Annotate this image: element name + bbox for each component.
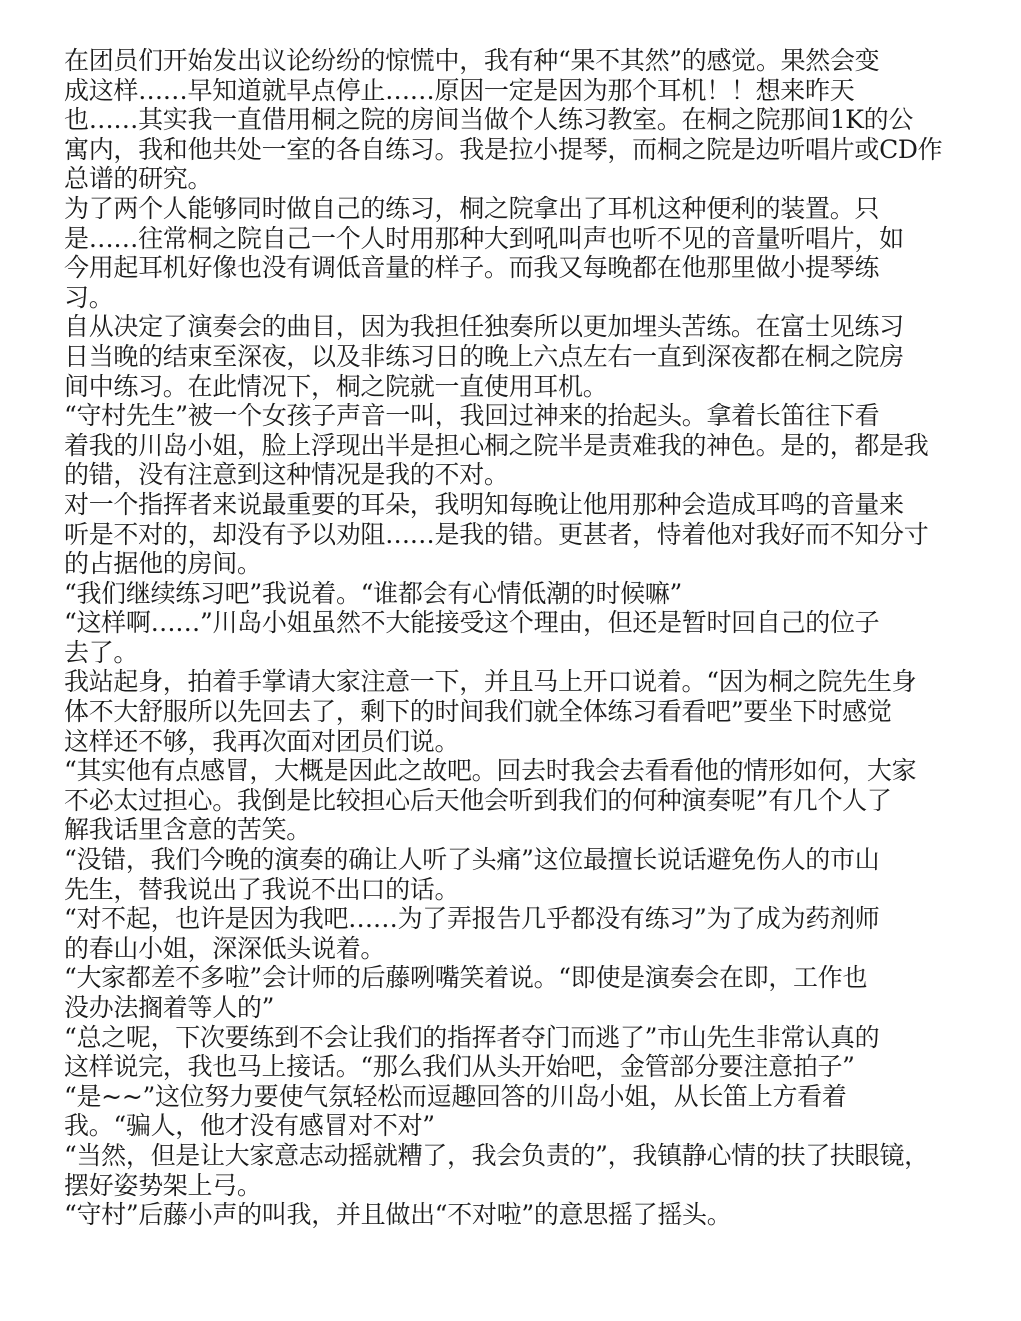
text-line: 的春山小姐，深深低头说着。 bbox=[64, 934, 964, 964]
text-line: 去了。 bbox=[64, 638, 964, 668]
text-line: 这样还不够，我再次面对团员们说。 bbox=[64, 727, 964, 757]
text-line: 的占据他的房间。 bbox=[64, 549, 964, 579]
text-line: “守村”后藤小声的叫我，并且做出“不对啦”的意思摇了摇头。 bbox=[64, 1200, 964, 1230]
text-line: 成这样……早知道就早点停止……原因一定是因为那个耳机！！想来昨天 bbox=[64, 76, 964, 106]
text-line: “我们继续练习吧”我说着。“谁都会有心情低潮的时候嘛” bbox=[64, 579, 964, 609]
text-line: 自从决定了演奏会的曲目，因为我担任独奏所以更加埋头苦练。在富士见练习 bbox=[64, 312, 964, 342]
text-line: 的错，没有注意到这种情况是我的不对。 bbox=[64, 460, 964, 490]
text-line: 对一个指挥者来说最重要的耳朵，我明知每晚让他用那种会造成耳鸣的音量来 bbox=[64, 490, 964, 520]
text-line: “大家都差不多啦”会计师的后藤咧嘴笑着说。“即使是演奏会在即，工作也 bbox=[64, 963, 964, 993]
text-line: “是~~”这位努力要使气氛轻松而逗趣回答的川岛小姐，从长笛上方看着 bbox=[64, 1082, 964, 1112]
text-line: “对不起，也许是因为我吧……为了弄报告几乎都没有练习”为了成为药剂师 bbox=[64, 904, 964, 934]
text-line: 听是不对的，却没有予以劝阻……是我的错。更甚者，恃着他对我好而不知分寸 bbox=[64, 520, 964, 550]
text-line: 我站起身，拍着手掌请大家注意一下，并且马上开口说着。“因为桐之院先生身 bbox=[64, 667, 964, 697]
text-line: “其实他有点感冒，大概是因此之故吧。回去时我会去看看他的情形如何，大家 bbox=[64, 756, 964, 786]
text-line: 为了两个人能够同时做自己的练习，桐之院拿出了耳机这种便利的装置。只 bbox=[64, 194, 964, 224]
text-line: “当然，但是让大家意志动摇就糟了，我会负责的”，我镇静心情的扶了扶眼镜， bbox=[64, 1141, 964, 1171]
text-line: “没错，我们今晚的演奏的确让人听了头痛”这位最擅长说话避免伤人的市山 bbox=[64, 845, 964, 875]
text-line: 不必太过担心。我倒是比较担心后天他会听到我们的何种演奏呢”有几个人了 bbox=[64, 786, 964, 816]
text-line: “总之呢，下次要练到不会让我们的指挥者夺门而逃了”市山先生非常认真的 bbox=[64, 1023, 964, 1053]
document-body: 在团员们开始发出议论纷纷的惊慌中，我有种“果不其然”的感觉。果然会变 成这样……… bbox=[64, 46, 964, 1230]
text-line: 解我话里含意的苦笑。 bbox=[64, 815, 964, 845]
text-line: 我。“骗人，他才没有感冒对不对” bbox=[64, 1111, 964, 1141]
text-line: 也……其实我一直借用桐之院的房间当做个人练习教室。在桐之院那间1K的公 bbox=[64, 105, 964, 135]
text-line: 日当晚的结束至深夜，以及非练习日的晚上六点左右一直到深夜都在桐之院房 bbox=[64, 342, 964, 372]
text-line: 摆好姿势架上弓。 bbox=[64, 1171, 964, 1201]
text-line: 是……往常桐之院自己一个人时用那种大到吼叫声也听不见的音量听唱片，如 bbox=[64, 224, 964, 254]
text-line: “守村先生”被一个女孩子声音一叫，我回过神来的抬起头。拿着长笛往下看 bbox=[64, 401, 964, 431]
text-line: 着我的川岛小姐，脸上浮现出半是担心桐之院半是责难我的神色。是的，都是我 bbox=[64, 431, 964, 461]
text-line: 今用起耳机好像也没有调低音量的样子。而我又每晚都在他那里做小提琴练 bbox=[64, 253, 964, 283]
text-line: 没办法搁着等人的” bbox=[64, 993, 964, 1023]
text-line: “这样啊……”川岛小姐虽然不大能接受这个理由，但还是暂时回自己的位子 bbox=[64, 608, 964, 638]
text-line: 先生，替我说出了我说不出口的话。 bbox=[64, 875, 964, 905]
text-line: 在团员们开始发出议论纷纷的惊慌中，我有种“果不其然”的感觉。果然会变 bbox=[64, 46, 964, 76]
text-line: 体不大舒服所以先回去了，剩下的时间我们就全体练习看看吧”要坐下时感觉 bbox=[64, 697, 964, 727]
text-line: 总谱的研究。 bbox=[64, 164, 964, 194]
text-line: 这样说完，我也马上接话。“那么我们从头开始吧，金管部分要注意拍子” bbox=[64, 1052, 964, 1082]
text-line: 间中练习。在此情况下，桐之院就一直使用耳机。 bbox=[64, 372, 964, 402]
text-line: 习。 bbox=[64, 283, 964, 313]
text-line: 寓内，我和他共处一室的各自练习。我是拉小提琴，而桐之院是边听唱片或CD作 bbox=[64, 135, 964, 165]
